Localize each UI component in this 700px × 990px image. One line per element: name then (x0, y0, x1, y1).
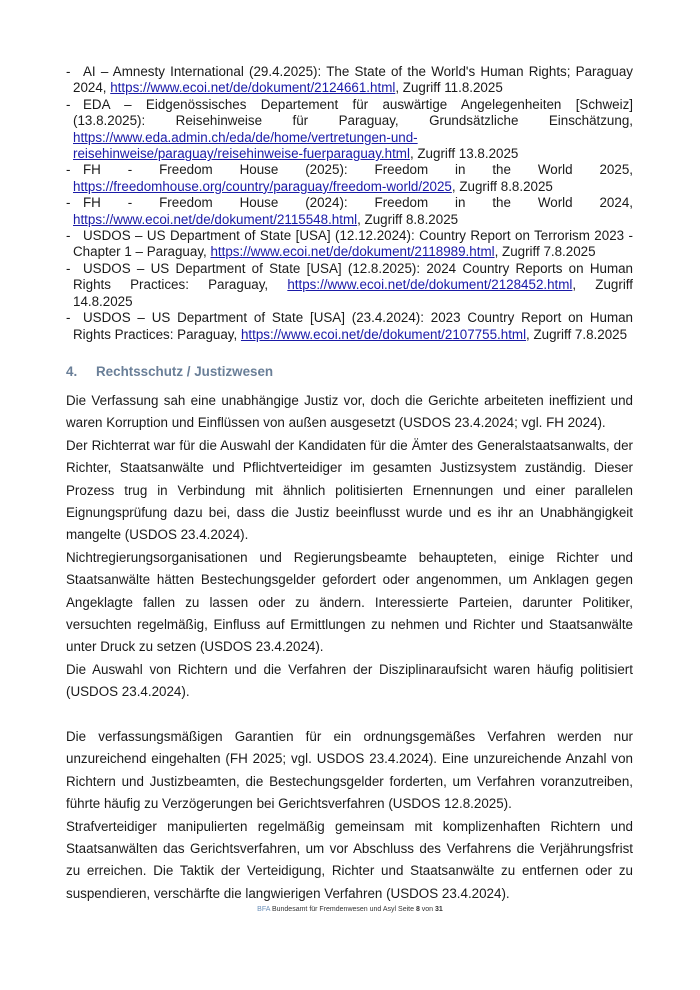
page-footer: BFA Bundesamt für Fremdenwesen und Asyl … (0, 906, 700, 913)
access-date: , Zugriff 8.8.2025 (452, 179, 553, 194)
reference-link[interactable]: https://www.ecoi.net/de/dokument/2115548… (73, 212, 357, 227)
reference-item: -USDOS – US Department of State [USA] (1… (66, 261, 633, 310)
bullet-dash: - (66, 228, 70, 244)
body-paragraph: Die Verfassung sah eine unabhängige Just… (66, 390, 633, 435)
total-page-count: 31 (435, 906, 443, 913)
footer-org-text: Bundesamt für Fremdenwesen und Asyl Seit… (270, 906, 416, 913)
bullet-dash: - (66, 97, 70, 113)
reference-item: -FH - Freedom House (2024): Freedom in t… (66, 195, 633, 228)
reference-link[interactable]: https://www.ecoi.net/de/dokument/2128452… (287, 277, 572, 292)
body-paragraph: Die verfassungsmäßigen Garantien für ein… (66, 726, 633, 816)
reference-link[interactable]: https://freedomhouse.org/country/paragua… (73, 179, 452, 194)
access-date: , Zugriff 8.8.2025 (357, 212, 458, 227)
reference-item: -AI – Amnesty International (29.4.2025):… (66, 64, 633, 97)
access-date: , Zugriff 7.8.2025 (526, 327, 627, 342)
reference-item: -EDA – Eidgenössisches Departement für a… (66, 97, 633, 163)
body-paragraph: Der Richterrat war für die Auswahl der K… (66, 435, 633, 547)
bullet-dash: - (66, 261, 70, 277)
section-heading: 4.Rechtsschutz / Justizwesen (66, 362, 633, 382)
bfa-logo-text: BFA (257, 906, 270, 913)
bullet-dash: - (66, 195, 70, 211)
reference-item: -USDOS – US Department of State [USA] (1… (66, 228, 633, 261)
reference-item: -USDOS – US Department of State [USA] (2… (66, 310, 633, 343)
reference-text: FH - Freedom House (2025): Freedom in th… (73, 162, 633, 177)
footer-of-text: von (420, 906, 435, 913)
reference-text: EDA – Eidgenössisches Departement für au… (73, 97, 633, 128)
access-date: , Zugriff 7.8.2025 (495, 244, 596, 259)
reference-link[interactable]: https://www.ecoi.net/de/dokument/2124661… (110, 80, 395, 95)
bullet-dash: - (66, 162, 70, 178)
body-paragraph: Die Auswahl von Richtern und die Verfahr… (66, 659, 633, 704)
reference-item: -FH - Freedom House (2025): Freedom in t… (66, 162, 633, 195)
bullet-dash: - (66, 310, 70, 326)
access-date: , Zugriff 13.8.2025 (410, 146, 518, 161)
access-date: , Zugriff 11.8.2025 (395, 80, 502, 95)
body-paragraph: Strafverteidiger manipulierten regelmäßi… (66, 816, 633, 906)
section-title: Rechtsschutz / Justizwesen (96, 364, 273, 379)
reference-link[interactable]: https://www.eda.admin.ch/eda/de/home/ver… (73, 130, 418, 161)
paragraph-spacer (66, 704, 633, 726)
document-page: -AI – Amnesty International (29.4.2025):… (66, 64, 633, 905)
bullet-dash: - (66, 64, 70, 80)
reference-link[interactable]: https://www.ecoi.net/de/dokument/2118989… (210, 244, 494, 259)
section-number: 4. (66, 362, 96, 382)
body-paragraph: Nichtregierungsorganisationen und Regier… (66, 547, 633, 659)
reference-text: FH - Freedom House (2024): Freedom in th… (73, 195, 633, 210)
reference-link[interactable]: https://www.ecoi.net/de/dokument/2107755… (241, 327, 526, 342)
reference-list: -AI – Amnesty International (29.4.2025):… (66, 64, 633, 343)
